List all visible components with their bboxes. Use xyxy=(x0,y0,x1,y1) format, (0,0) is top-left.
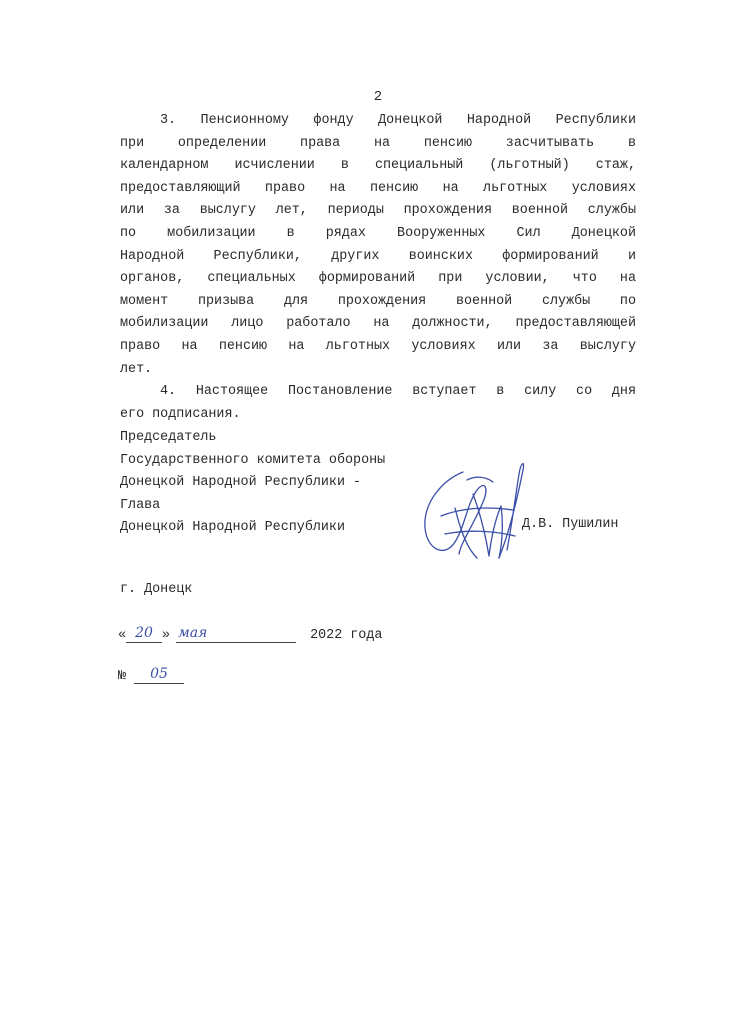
text-line: по мобилизации в рядах Вооруженных Сил Д… xyxy=(120,223,636,246)
text-line: 4. Настоящее Постановление вступает в си… xyxy=(120,381,636,404)
title-line: Глава xyxy=(120,495,385,518)
title-line: Донецкой Народной Республики xyxy=(120,517,385,540)
text-line: момент призыва для прохождения военной с… xyxy=(120,291,636,314)
paragraph-3: 3. Пенсионному фонду Донецкой Народной Р… xyxy=(120,110,636,381)
date-day: 20 xyxy=(126,625,162,643)
number-sign: № xyxy=(118,669,126,684)
text-line: Народной Республики, других воинских фор… xyxy=(120,246,636,269)
handwritten-signature xyxy=(415,450,540,565)
document-date: « 20 » мая 2022 года xyxy=(118,623,382,643)
text-line: лет. xyxy=(120,359,636,382)
text-line: при определении права на пенсию засчитыв… xyxy=(120,133,636,156)
text-line: календарном исчислении в специальный (ль… xyxy=(120,155,636,178)
text-line: его подписания. xyxy=(120,404,636,427)
signatory-title: Председатель Государственного комитета о… xyxy=(120,427,385,540)
paragraph-4: 4. Настоящее Постановление вступает в си… xyxy=(120,381,636,426)
text-line: или за выслугу лет, периоды прохождения … xyxy=(120,200,636,223)
title-line: Председатель xyxy=(120,427,385,450)
text-line: предоставляющий право на пенсию на льгот… xyxy=(120,178,636,201)
date-year: 2022 года xyxy=(310,628,382,643)
document-number: № 05 xyxy=(118,664,184,684)
text-line: мобилизации лицо работало на должности, … xyxy=(120,313,636,336)
open-quote: « xyxy=(118,628,126,643)
number-value: 05 xyxy=(134,666,184,684)
date-month: мая xyxy=(176,625,296,643)
city: г. Донецк xyxy=(120,582,192,597)
signer-name: Д.В. Пушилин xyxy=(522,517,618,532)
close-quote: » xyxy=(162,628,170,643)
title-line: Донецкой Народной Республики - xyxy=(120,472,385,495)
text-line: 3. Пенсионному фонду Донецкой Народной Р… xyxy=(120,110,636,133)
text-line: право на пенсию на льготных условиях или… xyxy=(120,336,636,359)
document-body: 3. Пенсионному фонду Донецкой Народной Р… xyxy=(120,110,636,426)
page-number: 2 xyxy=(0,89,738,105)
text-line: органов, специальных формирований при ус… xyxy=(120,268,636,291)
title-line: Государственного комитета обороны xyxy=(120,450,385,473)
